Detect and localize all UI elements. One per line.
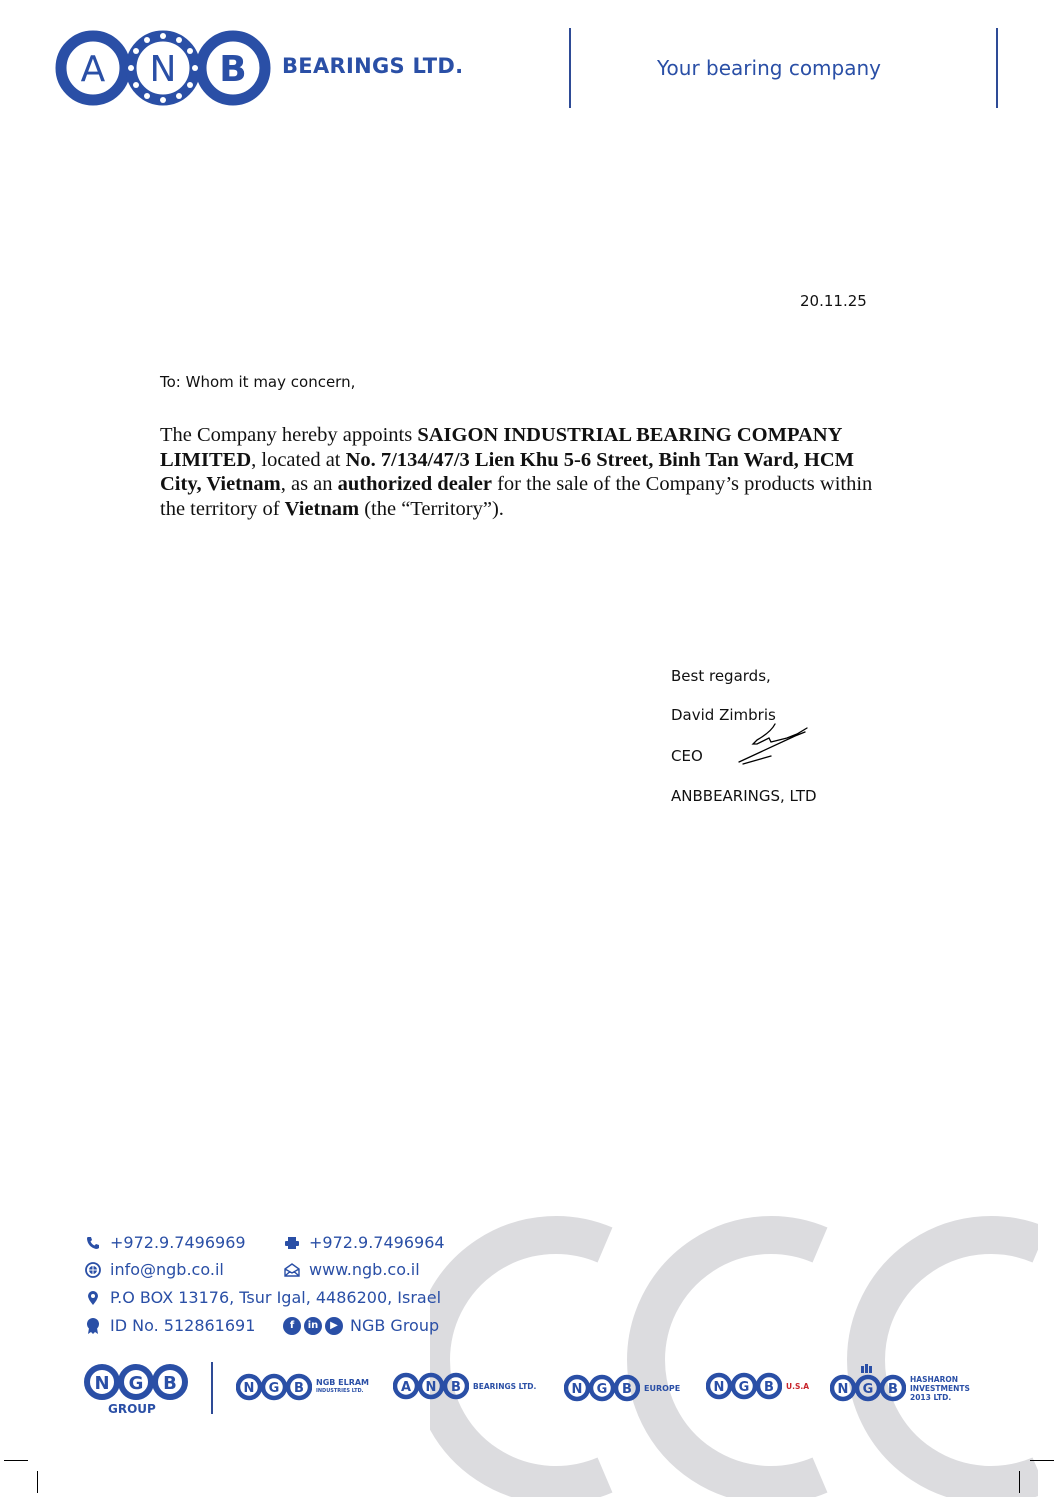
dealer-role: authorized dealer — [338, 473, 492, 495]
fax-number: +972.9.7496964 — [309, 1233, 445, 1252]
linkedin-icon[interactable]: in — [304, 1317, 322, 1335]
award-badge-icon — [84, 1317, 102, 1335]
svg-text:B: B — [451, 1380, 461, 1395]
address-text: P.O BOX 13176, Tsur Igal, 4486200, Israe… — [110, 1288, 441, 1307]
handwritten-signature — [735, 722, 815, 770]
svg-text:G: G — [739, 1380, 750, 1395]
svg-text:N: N — [714, 1380, 725, 1395]
body-text: The Company hereby appoints — [160, 424, 417, 446]
svg-text:B: B — [163, 1373, 177, 1394]
svg-text:N: N — [838, 1382, 849, 1397]
svg-text:N: N — [426, 1380, 437, 1395]
fax-contact: +972.9.7496964 — [283, 1233, 445, 1252]
fax-printer-icon — [283, 1234, 301, 1252]
email-contact[interactable]: info@ngb.co.il — [84, 1260, 224, 1279]
svg-text:N: N — [572, 1382, 583, 1397]
logo-ngb-elram: NGB NGB ELRAMINDUSTRIES LTD. — [236, 1373, 369, 1401]
anb-logo: A N B — [55, 27, 271, 109]
logo-anb-bearings: ANB BEARINGS LTD. — [393, 1372, 536, 1400]
signer-company: ANBBEARINGS, LTD — [671, 787, 817, 805]
svg-text:B: B — [764, 1380, 774, 1395]
letter-body: The Company hereby appoints SAIGON INDUS… — [160, 423, 895, 521]
group-label: GROUP — [108, 1402, 156, 1416]
header-divider — [569, 28, 571, 108]
logo-letter-b: B — [219, 49, 246, 90]
svg-text:G: G — [269, 1381, 280, 1396]
globe-email-icon — [84, 1261, 102, 1279]
tagline: Your bearing company — [657, 56, 881, 80]
location-pin-icon — [84, 1289, 102, 1307]
envelope-open-icon — [283, 1261, 301, 1279]
facebook-icon[interactable]: f — [283, 1317, 301, 1335]
phone-contact[interactable]: +972.9.7496969 — [84, 1233, 246, 1252]
signer-title: CEO — [671, 747, 703, 765]
logo-letter-a: A — [81, 49, 106, 90]
company-id-text: ID No. 512861691 — [110, 1316, 255, 1335]
svg-text:B: B — [888, 1382, 898, 1397]
logo-ngb-hasharon: NGB HASHARONINVESTMENTS2013 LTD. — [830, 1364, 970, 1402]
website-url[interactable]: www.ngb.co.il — [309, 1260, 420, 1279]
territory: Vietnam — [285, 498, 359, 520]
company-id: ID No. 512861691 — [84, 1316, 255, 1335]
svg-text:B: B — [294, 1381, 304, 1396]
svg-text:N: N — [244, 1381, 255, 1396]
svg-text:G: G — [597, 1382, 608, 1397]
svg-text:G: G — [129, 1373, 144, 1394]
crop-mark — [4, 1460, 28, 1461]
svg-text:A: A — [401, 1380, 411, 1395]
salutation: To: Whom it may concern, — [160, 373, 355, 391]
youtube-icon[interactable]: ▶ — [325, 1317, 343, 1335]
phone-number: +972.9.7496969 — [110, 1233, 246, 1252]
crop-mark — [1030, 1460, 1054, 1461]
body-text: , located at — [251, 449, 345, 471]
logo-ngb-europe: NGB EUROPE — [564, 1374, 680, 1402]
svg-text:G: G — [863, 1382, 874, 1397]
crop-mark — [1019, 1471, 1020, 1493]
body-text: (the “Territory”). — [359, 498, 504, 520]
brand-name: BEARINGS LTD. — [282, 54, 463, 78]
logo-ngb-usa: NGB U.S.A — [706, 1372, 809, 1400]
crop-mark — [37, 1471, 38, 1493]
footer-divider — [211, 1362, 213, 1414]
header-divider — [996, 28, 998, 108]
letter-date: 20.11.25 — [800, 292, 867, 310]
body-text: , as an — [281, 473, 338, 495]
phone-icon — [84, 1234, 102, 1252]
postal-address: P.O BOX 13176, Tsur Igal, 4486200, Israe… — [84, 1288, 441, 1307]
website-contact[interactable]: www.ngb.co.il — [283, 1260, 420, 1279]
svg-text:N: N — [94, 1373, 109, 1394]
social-label: NGB Group — [350, 1316, 439, 1335]
social-links: f in ▶ NGB Group — [283, 1316, 439, 1335]
footer-watermark — [430, 1210, 1058, 1497]
email-address[interactable]: info@ngb.co.il — [110, 1260, 224, 1279]
logo-letter-n: N — [150, 49, 177, 90]
svg-text:B: B — [622, 1382, 632, 1397]
ngb-group-logo: NGB — [84, 1362, 188, 1402]
closing: Best regards, — [671, 667, 771, 685]
